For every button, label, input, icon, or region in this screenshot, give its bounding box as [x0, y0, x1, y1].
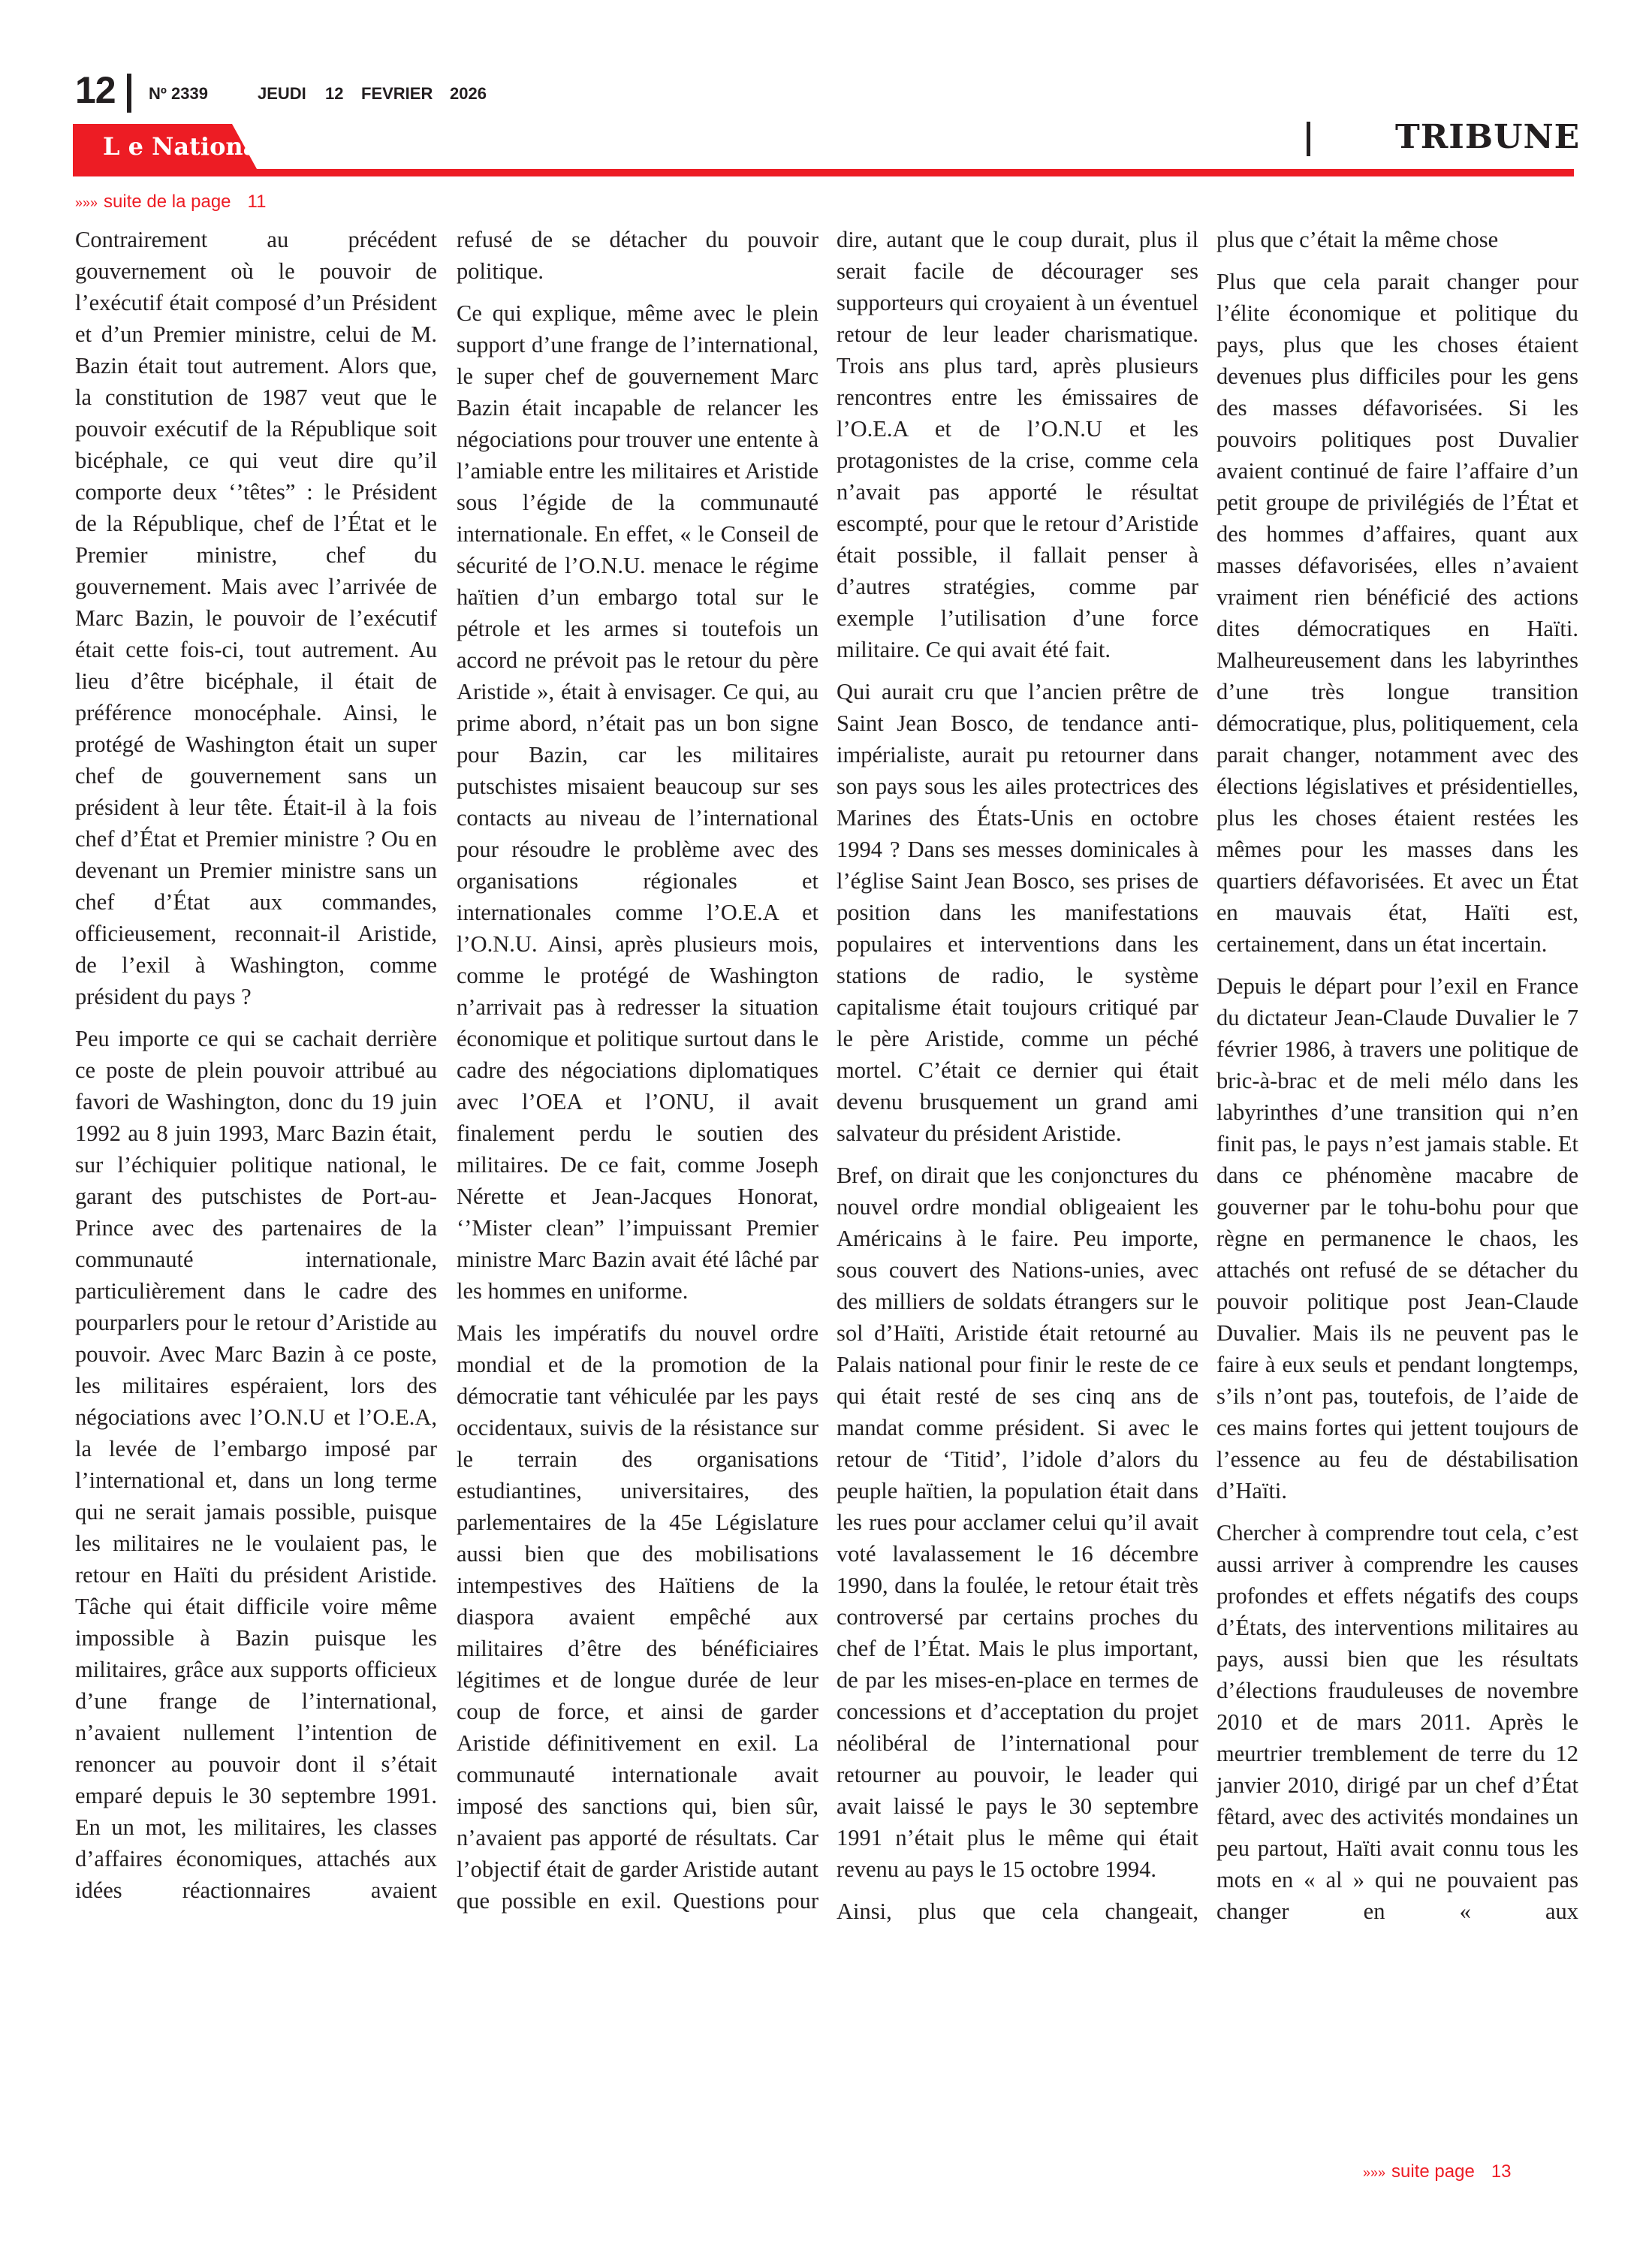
article-subheading: plus que c’était la même chose: [1216, 224, 1578, 255]
article-paragraph: dire, autant que le coup durait, plus il…: [837, 224, 1198, 665]
article-body: Contrairement au précédent gouvernement …: [75, 224, 1577, 2146]
header-divider: [127, 74, 131, 113]
issue-number: Nº 2339: [149, 84, 258, 104]
issue-year: 2026: [450, 84, 487, 104]
article-paragraph: Contrairement au précédent gouvernement …: [75, 224, 437, 1012]
continued-from-page: 11: [248, 192, 267, 212]
article-column-1: Contrairement au précédent gouvernement …: [75, 224, 437, 1906]
article-paragraph: Peu importe ce qui se cachait derrière c…: [75, 1023, 437, 1906]
article-column-3: dire, autant que le coup durait, plus il…: [837, 224, 1198, 1927]
article-paragraph: Ce qui explique, même avec le plein supp…: [457, 297, 818, 1307]
page-header: 12 Nº 2339 JEUDI 12 FEVRIER 2026 L e Nat…: [0, 0, 1652, 180]
continued-arrows-icon: »»»: [1363, 2165, 1385, 2180]
continued-from-label: suite de la page: [104, 192, 231, 212]
article-paragraph: Depuis le départ pour l’exil en France d…: [1216, 970, 1578, 1507]
article-paragraph: Qui aurait cru que l’ancien prêtre de Sa…: [837, 676, 1198, 1149]
continued-to-page: 13: [1491, 2161, 1512, 2182]
issue-day: 12: [325, 84, 361, 104]
masthead-rule: [73, 169, 1574, 176]
continued-arrows-icon: »»»: [75, 195, 98, 210]
article-paragraph: Ainsi, plus que cela changeait,: [837, 1896, 1198, 1927]
publication-logo: L e National: [103, 131, 268, 161]
continued-from-link[interactable]: »»»suite de la page11: [75, 192, 266, 213]
article-paragraph: Bref, on dirait que les conjonctures du …: [837, 1160, 1198, 1885]
section-divider: [1307, 122, 1310, 156]
page-number: 12: [75, 69, 116, 111]
continued-to-label: suite page: [1391, 2161, 1475, 2182]
continued-to-link[interactable]: »»»suite page13: [1363, 2161, 1512, 2183]
article-paragraph: refusé de se détacher du pouvoir politiq…: [457, 224, 818, 287]
article-column-4: plus que c’était la même chose Plus que …: [1216, 224, 1578, 1927]
article-column-2: refusé de se détacher du pouvoir politiq…: [457, 224, 818, 1917]
article-paragraph: Chercher à comprendre tout cela, c’est a…: [1216, 1517, 1578, 1927]
issue-meta: Nº 2339 JEUDI 12 FEVRIER 2026: [149, 84, 487, 104]
issue-month: FEVRIER: [361, 84, 450, 104]
article-paragraph: Mais les impératifs du nouvel ordre mond…: [457, 1317, 818, 1917]
issue-weekday: JEUDI: [258, 84, 325, 104]
section-title: TRIBUNE: [1395, 119, 1580, 156]
masthead-band: L e National: [73, 124, 1574, 176]
article-paragraph: Plus que cela parait changer pour l’élit…: [1216, 266, 1578, 960]
